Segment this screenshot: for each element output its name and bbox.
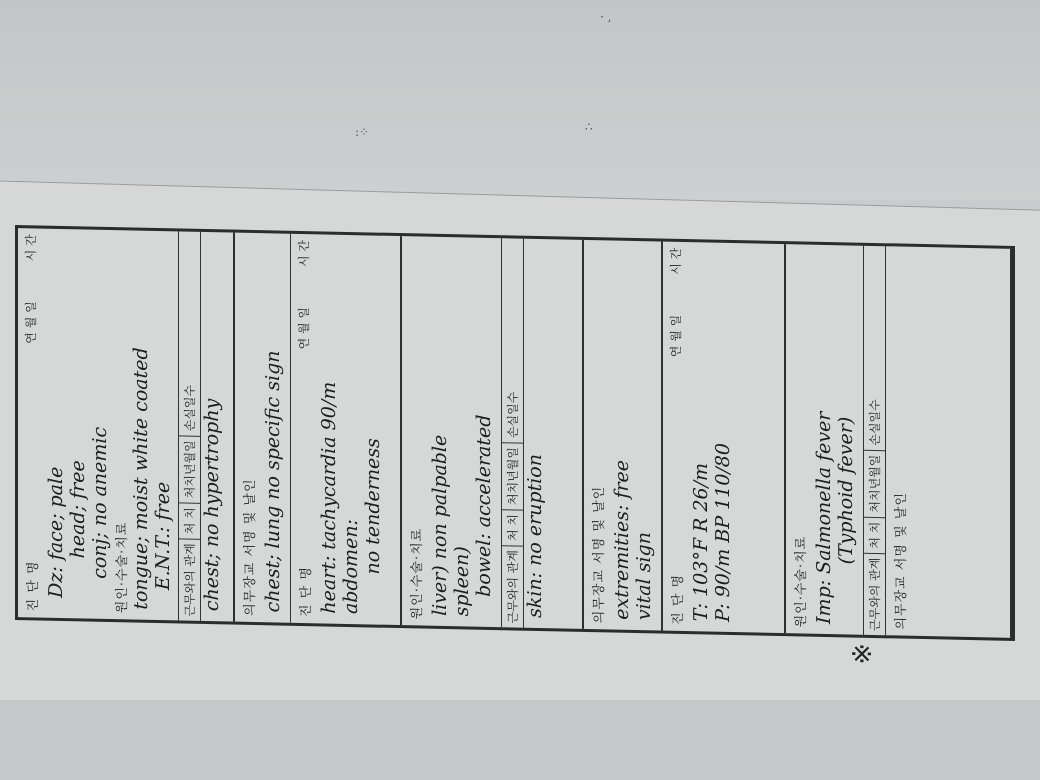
exam-note: extremities: free	[611, 240, 633, 619]
days-lost-label: 손실일수	[179, 381, 200, 436]
exam-note: chest; no hypertrophy	[201, 232, 223, 621]
diagnosis-label: 진 단 명	[667, 574, 686, 625]
treatment-date-label: 처치년월일	[179, 435, 200, 502]
time-label: 시 간	[22, 234, 39, 261]
officer-signature-label: 의무장교 서명 및 날인	[592, 486, 607, 624]
vital-signs-note: P: 90/m BP 110/80	[712, 243, 734, 622]
stray-mark: ∴	[585, 120, 593, 134]
exam-note: tongue; moist white coated	[130, 230, 152, 609]
treatment-label: 처 치	[179, 502, 200, 538]
diagnosis-label: 진 단 명	[295, 566, 314, 617]
section-2: 의무장교 서명 및 날인 chest; lung no specific sig…	[235, 233, 402, 625]
cause-label: 원인·수술·치료	[794, 536, 809, 628]
days-lost-label: 손실일수	[864, 395, 885, 450]
officer-signature-label: 의무장교 서명 및 날인	[894, 492, 909, 630]
exam-note: conj; no anemic	[89, 230, 111, 599]
vital-signs-note: T: 103°F R 26/m	[690, 242, 712, 621]
work-relation-label: 근무와의 관계	[864, 552, 885, 635]
exam-note: no tenderness	[362, 235, 384, 614]
exam-note: Dz: face; pale	[45, 229, 67, 598]
time-label: 시 간	[295, 240, 312, 267]
diagnosis-label: 진 단 명	[22, 560, 41, 611]
exam-note: skin: no eruption	[524, 239, 546, 628]
background-surface-bottom	[0, 700, 1040, 780]
exam-note: head; free	[67, 229, 89, 598]
cause-label: 원인·수술·치료	[410, 528, 425, 620]
exam-note: chest; lung no specific sign	[262, 233, 284, 622]
work-relation-label: 근무와의 관계	[502, 545, 523, 628]
background-surface	[0, 0, 1040, 200]
date-label: 연 월 일	[667, 315, 684, 358]
section-3: 원인·수술·치료 liver) non palpable spleen) bow…	[402, 236, 584, 629]
exam-note: bowel: accelerated	[473, 238, 495, 617]
exam-note: vital sign	[633, 241, 655, 620]
cause-label: 원인·수술·치료	[115, 521, 130, 613]
section-5: 원인·수술·치료 Imp: Salmonella fever (Typhoid …	[786, 244, 1012, 638]
treatment-date-label: 처치년월일	[502, 442, 523, 509]
stray-mark: · ,	[600, 10, 611, 24]
officer-signature-label: 의무장교 서명 및 날인	[243, 478, 258, 616]
relation-row: 근무와의 관계 처 치 처치년월일 손실일수	[863, 246, 886, 635]
exam-note: spleen)	[451, 237, 473, 616]
relation-row: 근무와의 관계 처 치 처치년월일 손실일수	[501, 238, 524, 627]
treatment-date-label: 처치년월일	[864, 449, 885, 516]
medical-record-form: 진 단 명 연 월 일 시 간 Dz: face; pale head; fre…	[15, 225, 1015, 641]
treatment-label: 처 치	[864, 516, 885, 552]
time-label: 시 간	[667, 248, 684, 275]
impression-note: (Typhoid fever)	[835, 245, 857, 624]
date-label: 연 월 일	[295, 307, 312, 350]
exam-note: heart: tachycardia 90/m	[318, 234, 340, 613]
exam-note: E.N.T.: free	[152, 231, 174, 610]
section-1: 진 단 명 연 월 일 시 간 Dz: face; pale head; fre…	[18, 228, 235, 622]
date-label: 연 월 일	[22, 301, 39, 344]
impression-note: Imp: Salmonella fever	[813, 245, 835, 624]
exam-note: liver) non palpable	[429, 237, 451, 616]
stray-mark: :⁘	[355, 125, 369, 139]
relation-row: 근무와의 관계 처 치 처치년월일 손실일수	[178, 231, 201, 620]
exam-note: abdomen:	[340, 235, 362, 614]
days-lost-label: 손실일수	[502, 387, 523, 442]
work-relation-label: 근무와의 관계	[179, 538, 200, 621]
section-4: 의무장교 서명 및 날인 extremities: free vital sig…	[584, 240, 786, 633]
treatment-label: 처 치	[502, 509, 523, 545]
margin-asterisk-mark: ※	[848, 643, 878, 665]
